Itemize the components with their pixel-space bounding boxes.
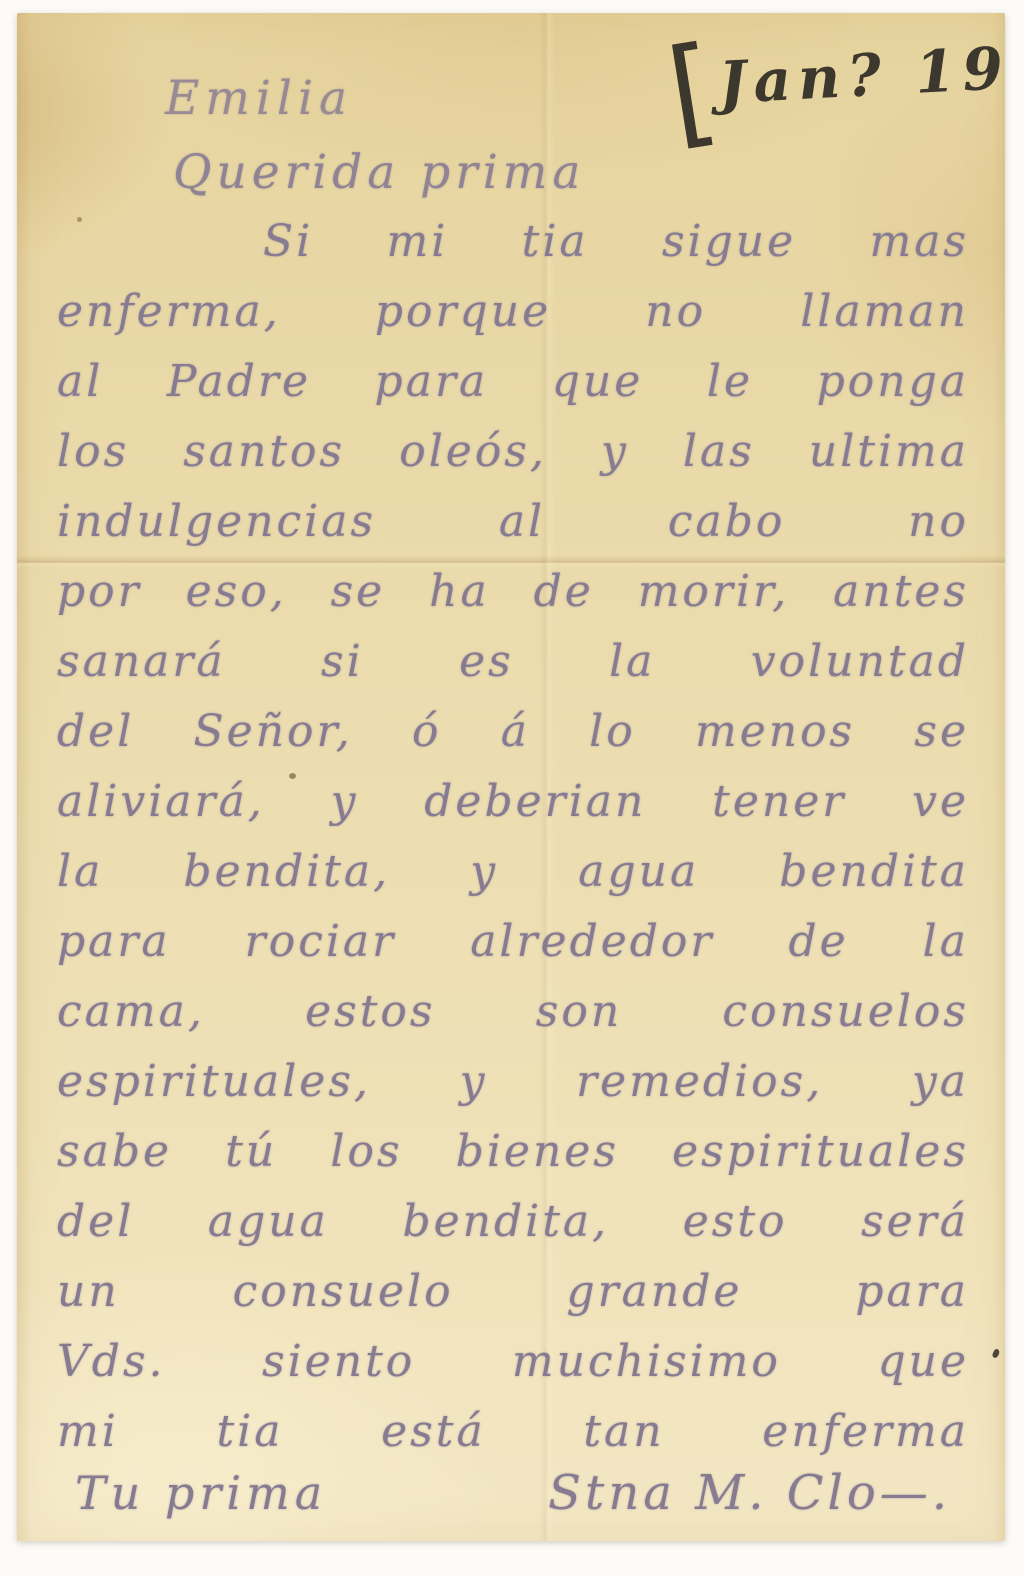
handwriting-line: sabe tú los bienes espirituales <box>57 1119 969 1189</box>
handwriting-line: aliviará, y deberian tener ve <box>57 769 969 839</box>
scan-background: [ Jan? 1907 ] Emilia Querida prima Si mi… <box>0 0 1024 1576</box>
paper-speck <box>991 1348 1001 1359</box>
letter-header-name: Emilia <box>165 71 353 126</box>
handwriting-line: Si mi tia sigue mas <box>57 209 969 279</box>
date-annotation: [ Jan? 1907 ] <box>667 16 1005 142</box>
handwriting-line: mi tia está tan enferma <box>57 1399 969 1469</box>
handwriting-line: del agua bendita, esto será <box>57 1189 969 1259</box>
date-annotation-text: Jan? 1907 <box>715 29 1005 129</box>
signature-name: Stna M. Clo—. <box>548 1465 951 1521</box>
handwriting-line: espirituales, y remedios, ya <box>57 1049 969 1119</box>
handwriting-line: un consuelo grande para <box>57 1259 969 1329</box>
handwriting-line: los santos oleós, y las ultima <box>57 419 969 489</box>
letter-body: Si mi tia sigue masenferma, porque no ll… <box>57 209 969 1469</box>
handwriting-line: Vds. siento muchisimo que <box>57 1329 969 1399</box>
handwriting-line: al Padre para que le ponga <box>57 349 969 419</box>
handwriting-line: cama, estos son consuelos <box>57 979 969 1049</box>
letter-salutation: Querida prima <box>173 145 585 200</box>
paper-speck <box>77 217 82 222</box>
bracket-open-mark: [ <box>662 38 723 144</box>
handwriting-line: para rociar alrededor de la <box>57 909 969 979</box>
signature-line: Tu prima Stna M. Clo—. <box>75 1465 965 1521</box>
letter-paper: [ Jan? 1907 ] Emilia Querida prima Si mi… <box>17 13 1005 1541</box>
paper-speck <box>289 773 296 779</box>
signature-closing: Tu prima <box>75 1466 327 1520</box>
handwriting-line: sanará si es la voluntad <box>57 629 969 699</box>
handwriting-line: del Señor, ó á lo menos se <box>57 699 969 769</box>
handwriting-line: por eso, se ha de morir, antes <box>57 559 969 629</box>
handwriting-line: enferma, porque no llaman <box>57 279 969 349</box>
handwriting-line: indulgencias al cabo no <box>57 489 969 559</box>
handwriting-line: la bendita, y agua bendita <box>57 839 969 909</box>
